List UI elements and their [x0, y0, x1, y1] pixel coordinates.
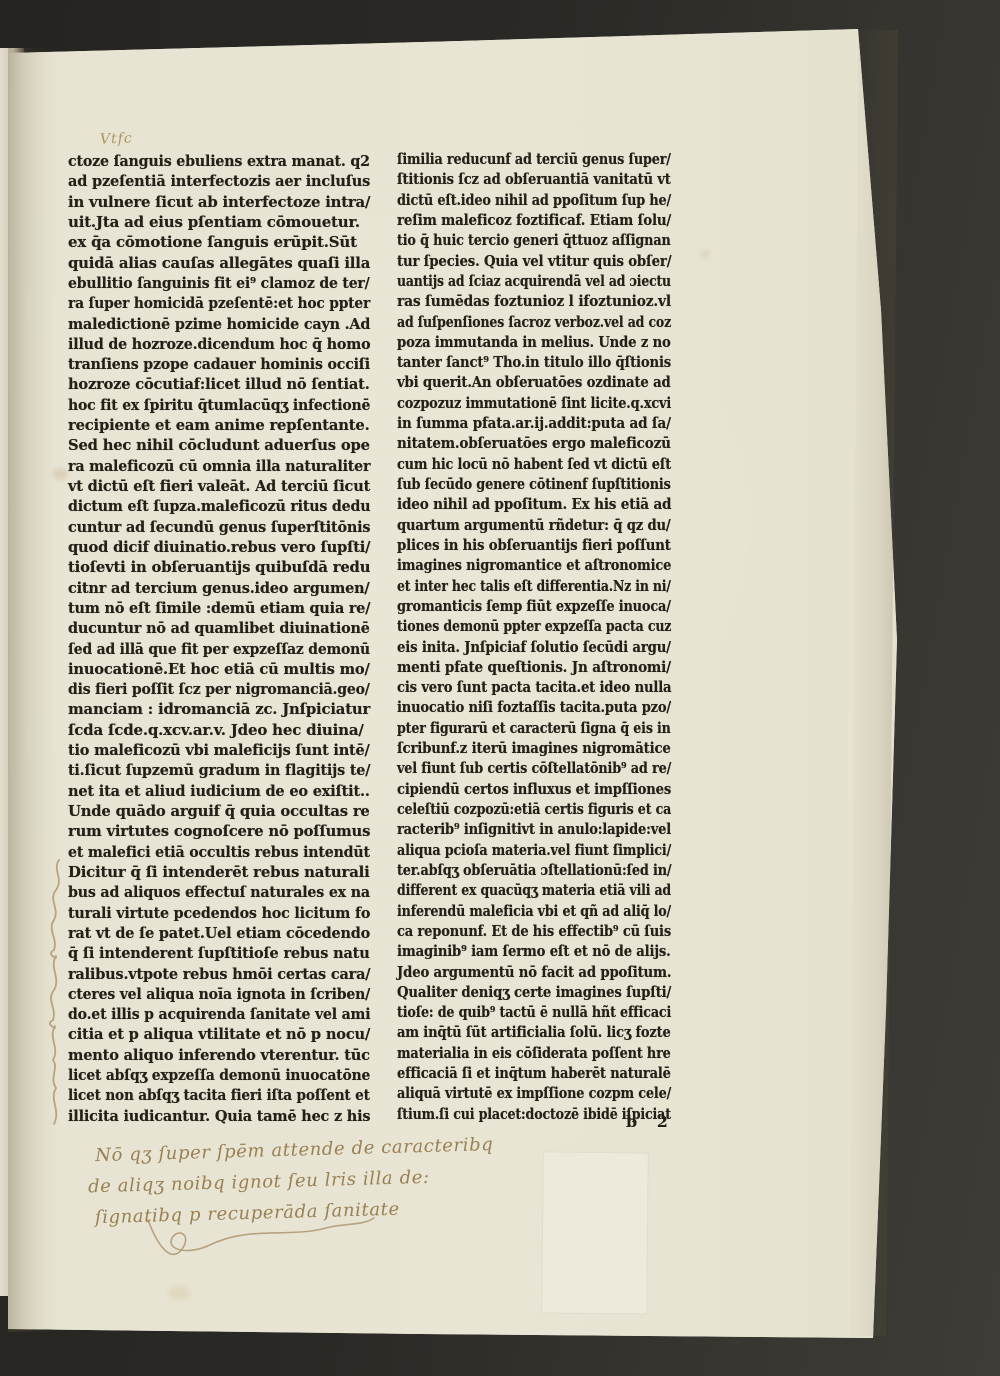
text-line: net ita et aliud iudicium de eo exiſtit.…: [68, 781, 360, 801]
text-column-left: ctoze ſanguis ebuliens extra manat. q2ad…: [68, 151, 370, 1126]
text-line: tioſevti in obſeruantijs quibuſdā redu: [68, 557, 366, 577]
text-line: ad pzeſentiā interfectozis aer incluſus: [68, 171, 360, 191]
text-line: aliqua pcioſa materia.vel fiunt ſimplici…: [397, 840, 630, 860]
text-line: vel fiunt ſub certis cōſtellatōnib⁹ ad r…: [397, 758, 632, 778]
text-line: tum nō eſt ſimile :demū etiam quia re/: [68, 598, 358, 618]
text-line: citnr ad tercium genus.ideo argumen/: [68, 578, 359, 598]
text-line: inferendū maleficia vbi et qñ ad aliq̄ l…: [397, 901, 629, 921]
text-line: hoc fit ex ſpiritu q̄tumlacūqʒ infection…: [68, 395, 350, 415]
text-line: ſimilia reducunf ad terciū genus ſuper/: [397, 149, 631, 169]
text-line: ſed ad illā que fit per expzeſſaz demonū: [68, 639, 348, 659]
text-line: celeſtiū cozpozū:etiā certis figuris et …: [397, 799, 628, 819]
text-line: licet non abſqʒ tacita fieri iſta poſſen…: [68, 1085, 343, 1105]
margin-pen-flourish: [42, 858, 70, 1126]
marginalia-swash-flourish: [140, 1212, 380, 1272]
text-line: et malefici etiā occultis rebus intendūt: [68, 842, 353, 862]
text-line: nitatem.obſeruatōes ergo maleficozū: [397, 433, 644, 453]
text-line: menti pfate queſtionis. Jn aſtronomi/: [397, 657, 645, 677]
text-line: ad ſuſpenſiones ſacroz verboz.vel ad coz: [397, 312, 626, 332]
text-line: ra maleficozū cū omnia illa naturaliter: [68, 456, 355, 476]
text-line: rum virtutes cognoſcere nō poſſumus: [68, 821, 365, 841]
text-line: Sed hec nihil cōcludunt aduerſus ope: [68, 435, 365, 455]
text-line: maledictionē pzime homicide cayn .Ad: [68, 314, 357, 334]
text-line: recipiente et eam anime repſentante.: [68, 415, 365, 435]
text-line: in ſumma pfata.ar.ij.addit:puta ad ſa/: [397, 413, 644, 433]
text-line: efficaciā ſi et inq̄tum haberēt naturalē: [397, 1063, 635, 1083]
text-line: gromanticis ſemp fiūt expzeſſe inuoca/: [397, 596, 633, 616]
text-line: illud de hozroze.dicendum hoc q̄ homo: [68, 334, 355, 354]
text-line: materialia in eis cōſiderata poſſent hre: [397, 1043, 632, 1063]
text-line: manciam : idromanciā zc. Jnſpiciatur: [68, 699, 367, 719]
quire-signature-mark: b 2: [626, 1112, 675, 1131]
text-line: Dicitur q̄ ſi intenderēt rebus naturali: [68, 862, 368, 882]
text-line: cis vero ſunt pacta tacita.et ideo nulla: [397, 677, 638, 697]
text-line: bus ad aliquos effectuſ naturales ex na: [68, 882, 354, 902]
text-line: tanter ſanct⁹ Tho.in titulo illo q̄ſtion…: [397, 352, 638, 372]
text-line: uit.Jta ad eius pſentiam cōmouetur.: [68, 212, 370, 232]
text-line: ebullitio ſanguinis fit ei⁹ clamoz de te…: [68, 273, 350, 293]
text-line: ra ſuper homicidā pzeſentē:et hoc ppter: [68, 293, 346, 313]
text-line: dictū eſt.ideo nihil ad ppoſitum ſup he/: [397, 190, 632, 210]
text-line: poza immutanda in melius. Unde z no: [397, 332, 638, 352]
text-line: cozpozuz immutationē ſint licite.q.xcvi: [397, 393, 633, 413]
text-line: plices in his obſeruantijs fieri poſſunt: [397, 535, 640, 555]
text-line: ctoze ſanguis ebuliens extra manat. q2: [68, 151, 354, 171]
text-line: q̄ ſi intenderent ſupſtitioſe rebus natu: [68, 943, 360, 963]
text-line: reſim maleficoz foztificaf. Etiam ſolu/: [397, 210, 642, 230]
text-line: ſtium.ſi cui placet:doctozē ibidē iſpici…: [397, 1104, 628, 1124]
text-line: ti.ſicut ſupzemū gradum in flagitijs te/: [68, 760, 357, 780]
text-line: illicita iudicantur. Quia tamē hec z his: [68, 1106, 358, 1126]
text-line: different ex quacūqʒ materia etiā vili a…: [397, 880, 625, 900]
text-line: ducuntur nō ad quamlibet diuinationē: [68, 618, 358, 638]
text-line: tioſe: de quib⁹ tactū ē nullā hñt effica…: [397, 1002, 629, 1022]
text-line: ſub ſecūdo genere cōtinenf ſupſtitionis: [397, 474, 632, 494]
text-line: in vulnere ſicut ab interfectoze intra/: [68, 192, 367, 212]
scanned-book-photo: ctoze ſanguis ebuliens extra manat. q2ad…: [0, 0, 1000, 1376]
text-line: eis inita. Jnſpiciaf ſolutio ſecūdi argu…: [397, 637, 639, 657]
text-line: am inq̄tū ſūt artificialia ſolū. licʒ fo…: [397, 1022, 635, 1042]
text-line: ca reponunf. Et de his effectib⁹ cū ſuis: [397, 921, 635, 941]
text-line: Unde quādo arguif q̄ quia occultas re: [68, 801, 366, 821]
text-line: dis fieri poſſit ſcz per nigromanciā.geo…: [68, 679, 350, 699]
text-line: quartum argumentū rñdetur: q̄ qz du/: [397, 515, 638, 535]
paper-repair-patch: [541, 1151, 649, 1314]
text-line: imagines nigromantice et aſtronomice: [397, 555, 635, 575]
text-line: uantijs ad ſciaz acquirendā vel ad ɔiect…: [397, 271, 624, 291]
text-line: ralibus.vtpote rebus hmōi certas cara/: [68, 964, 359, 984]
text-line: quidā alias cauſas allegātes quaſi illa: [68, 253, 367, 273]
text-line: pter figurarū et caracterū ſigna q̄ eis …: [397, 718, 628, 738]
text-column-right: ſimilia reducunf ad terciū genus ſuper/ſ…: [397, 149, 671, 1124]
text-line: quod dicif diuinatio.rebus vero ſupſti/: [68, 537, 363, 557]
text-line: ex q̄a cōmotione ſanguis erūpit.Sūt: [68, 232, 370, 252]
text-line: Jdeo argumentū nō facit ad ppoſitum.: [397, 962, 639, 982]
text-line: inuocationē.Et hoc etiā cū multis mo/: [68, 659, 363, 679]
text-line: ſcda ſcde.q.xcv.ar.v. Jdeo hec diuina/: [68, 720, 370, 740]
text-line: ſtitionis ſcz ad obſeruantiā vanitatū vt: [397, 169, 637, 189]
text-line: rat vt de ſe patet.Uel etiam cōcedendo: [68, 923, 358, 943]
text-line: cteres vel aliqua noīa ignota in ſcriben…: [68, 984, 350, 1004]
text-line: cum hic locū nō habent ſed vt dictū eſt: [397, 454, 632, 474]
text-line: ras ſumēdas foztunioz l ifoztunioz.vl: [397, 291, 649, 311]
text-line: tio maleficozū vbi maleficijs ſunt intē/: [68, 740, 359, 760]
text-line: hozroze cōcutiaf:licet illud nō ſentiat.: [68, 374, 362, 394]
text-line: et inter hec talis eſt differentia.Nz in…: [397, 576, 625, 596]
text-line: Qualiter deniqʒ certe imagines ſupſti/: [397, 982, 639, 1002]
text-line: vbi querit.An obſeruatōes ozdinate ad: [397, 372, 639, 392]
text-line: ter.abſqʒ obſeruātia ɔſtellationū:ſed in…: [397, 860, 632, 880]
text-line: imaginib⁹ iam ſermo eſt et nō de alijs.: [397, 941, 638, 961]
text-line: ideo nihil ad ppoſitum. Ex his etiā ad: [397, 494, 645, 514]
text-line: ſcribunf.z iterū imagines nigromātice: [397, 738, 640, 758]
text-line: tur ſpecies. Quia vel vtitur quis obſer/: [397, 251, 640, 271]
text-line: tiones demonū ppter expzeſſa pacta cuz: [397, 616, 627, 636]
text-line: tio q̄ huic tercio generi q̄ttuoz aſſign…: [397, 230, 631, 250]
text-line: vt dictū eſt fieri valeāt. Ad terciū ſic…: [68, 476, 360, 496]
text-line: aliquā virtutē ex impſſione cozpm cele/: [397, 1083, 632, 1103]
text-line: cuntur ad ſecundū genus ſuperſtitōnis: [68, 517, 358, 537]
text-line: tranſiens pzope cadauer hominis occiſi: [68, 354, 353, 374]
text-line: do.et illis p acquirenda ſanitate vel am…: [68, 1004, 351, 1024]
text-line: turali virtute pcedendos hoc licitum fo: [68, 903, 356, 923]
text-line: licet abſqʒ expzeſſa demonū inuocatōne: [68, 1065, 347, 1085]
text-line: inuocatio niſi foztaſſis tacita.puta pzo…: [397, 697, 635, 717]
text-line: racterib⁹ inſignitivt in anulo:lapide:ve…: [397, 819, 635, 839]
handwritten-top-note: Vtfc: [100, 130, 133, 147]
text-line: cipiendū certos influxus et impſſiones: [397, 779, 638, 799]
text-line: dictum eſt ſupza.maleficozū ritus dedu: [68, 496, 354, 516]
text-line: mento aliquo inferendo vterentur. tūc: [68, 1045, 361, 1065]
text-line: citia et p aliqua vtilitate et nō p nocu…: [68, 1024, 362, 1044]
